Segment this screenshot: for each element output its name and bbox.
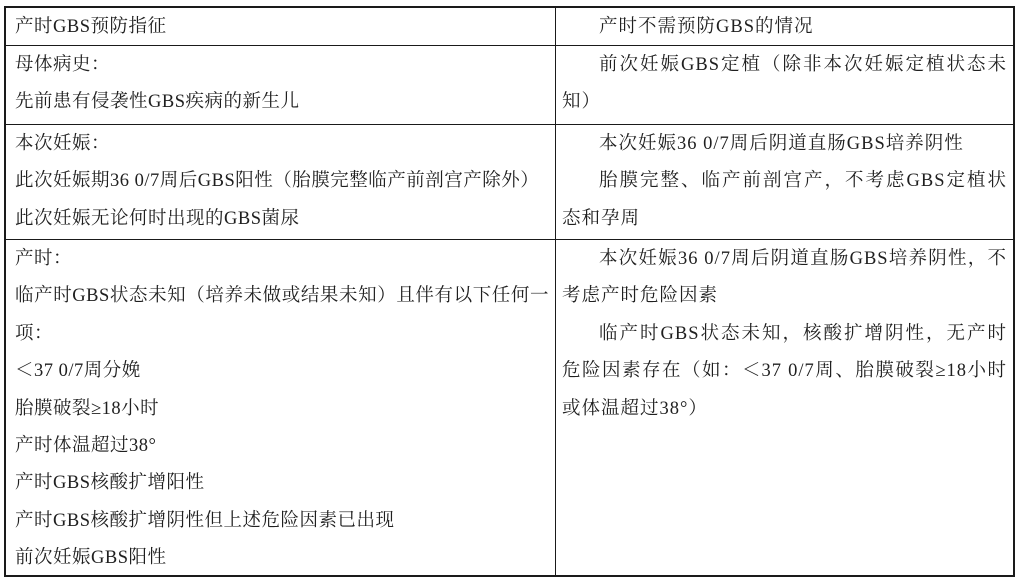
paragraph: 产时GBS核酸扩增阴性但上述危险因素已出现	[15, 503, 549, 540]
header-cell-indications: 产时GBS预防指征	[6, 8, 556, 46]
document-page: 产时GBS预防指征 产时不需预防GBS的情况 母体病史： 先前患有侵袭性GBS疾…	[0, 0, 1022, 583]
header-text-indications: 产时GBS预防指征	[15, 9, 549, 46]
paragraph: 先前患有侵袭性GBS疾病的新生儿	[15, 84, 549, 121]
paragraph: 胎膜破裂≥18小时	[15, 391, 549, 428]
gbs-prophylaxis-table: 产时GBS预防指征 产时不需预防GBS的情况 母体病史： 先前患有侵袭性GBS疾…	[4, 6, 1015, 577]
paragraph: 产时：	[15, 241, 549, 278]
paragraph: 本次妊娠：	[15, 126, 549, 163]
cell-intrapartum-negative: 本次妊娠36 0/7周后阴道直肠GBS培养阴性，不考虑产时危险因素 临产时GBS…	[556, 240, 1013, 575]
paragraph: 产时体温超过38°	[15, 428, 549, 465]
cell-maternal-history: 母体病史： 先前患有侵袭性GBS疾病的新生儿	[6, 46, 556, 125]
paragraph: 本次妊娠36 0/7周后阴道直肠GBS培养阴性，不考虑产时危险因素	[562, 241, 1007, 316]
paragraph: 胎膜完整、临产前剖宫产，不考虑GBS定植状态和孕周	[562, 163, 1007, 238]
paragraph: 此次妊娠无论何时出现的GBS菌尿	[15, 201, 549, 238]
paragraph: 临产时GBS状态未知，核酸扩增阴性，无产时危险因素存在（如：＜37 0/7周、胎…	[562, 316, 1007, 428]
paragraph: 此次妊娠期36 0/7周后GBS阳性（胎膜完整临产前剖宫产除外）	[15, 163, 549, 200]
paragraph: 产时GBS核酸扩增阳性	[15, 465, 549, 502]
paragraph: 前次妊娠GBS定植（除非本次妊娠定植状态未知）	[562, 47, 1007, 122]
paragraph: 本次妊娠36 0/7周后阴道直肠GBS培养阴性	[562, 126, 1007, 163]
paragraph: 前次妊娠GBS阳性	[15, 540, 549, 575]
cell-previous-pregnancy-colonization: 前次妊娠GBS定植（除非本次妊娠定植状态未知）	[556, 46, 1013, 125]
paragraph: ＜37 0/7周分娩	[15, 353, 549, 390]
cell-current-pregnancy-negative: 本次妊娠36 0/7周后阴道直肠GBS培养阴性 胎膜完整、临产前剖宫产，不考虑G…	[556, 125, 1013, 240]
paragraph: 母体病史：	[15, 47, 549, 84]
cell-current-pregnancy: 本次妊娠： 此次妊娠期36 0/7周后GBS阳性（胎膜完整临产前剖宫产除外） 此…	[6, 125, 556, 240]
header-text-no-prophylaxis: 产时不需预防GBS的情况	[562, 9, 1007, 46]
cell-intrapartum: 产时： 临产时GBS状态未知（培养未做或结果未知）且伴有以下任何一项： ＜37 …	[6, 240, 556, 575]
header-cell-no-prophylaxis: 产时不需预防GBS的情况	[556, 8, 1013, 46]
paragraph: 临产时GBS状态未知（培养未做或结果未知）且伴有以下任何一项：	[15, 278, 549, 353]
